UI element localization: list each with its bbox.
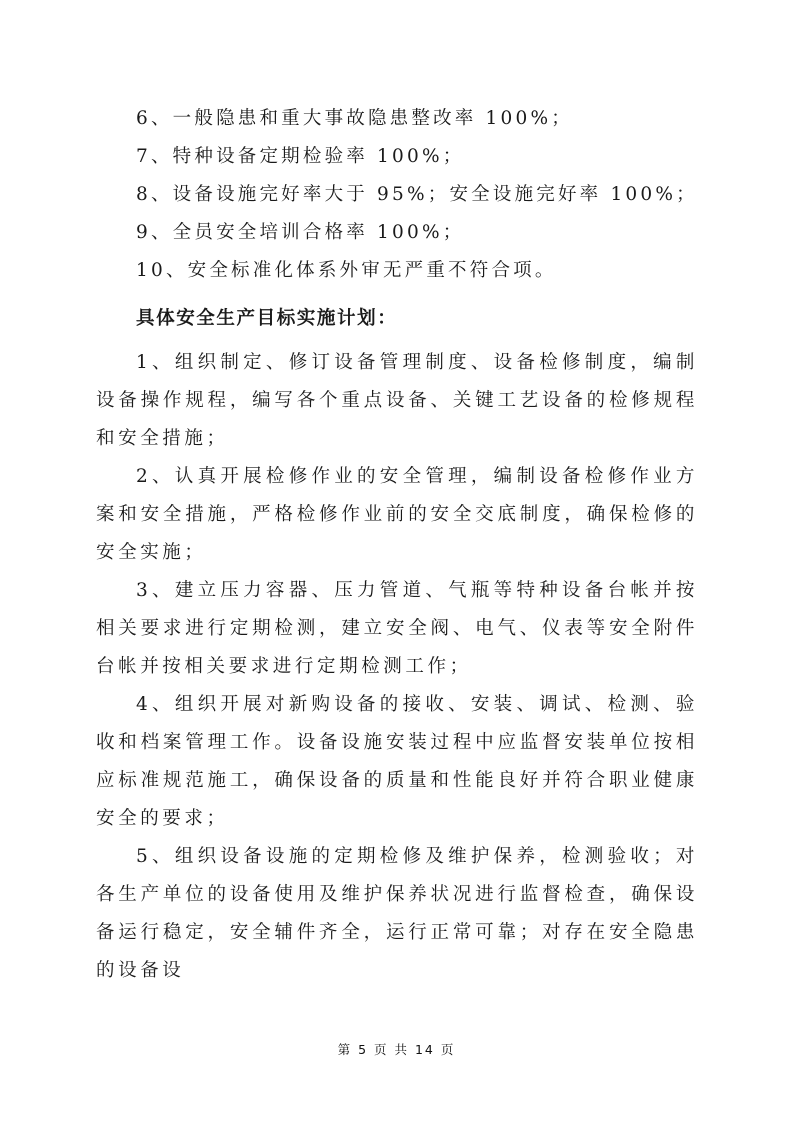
plan-item-1: 1、组织制定、修订设备管理制度、设备检修制度，编制设备操作规程，编写各个重点设备… (96, 344, 698, 458)
page-number-footer: 第 5 页 共 14 页 (0, 1040, 793, 1058)
document-page: 6、一般隐患和重大事故隐患整改率 100%； 7、特种设备定期检验率 100%；… (96, 100, 698, 990)
goal-item-9: 9、全员安全培训合格率 100%； (96, 214, 698, 252)
goal-item-6: 6、一般隐患和重大事故隐患整改率 100%； (96, 100, 698, 138)
plan-item-3: 3、建立压力容器、压力管道、气瓶等特种设备台帐并按相关要求进行定期检测，建立安全… (96, 572, 698, 686)
goal-item-7: 7、特种设备定期检验率 100%； (96, 138, 698, 176)
goal-item-10: 10、安全标准化体系外审无严重不符合项。 (96, 252, 698, 290)
plan-item-2: 2、认真开展检修作业的安全管理，编制设备检修作业方案和安全措施，严格检修作业前的… (96, 458, 698, 572)
plan-heading: 具体安全生产目标实施计划： (96, 300, 698, 338)
plan-item-5: 5、组织设备设施的定期检修及维护保养，检测验收；对各生产单位的设备使用及维护保养… (96, 838, 698, 990)
plan-item-4: 4、组织开展对新购设备的接收、安装、调试、检测、验收和档案管理工作。设备设施安装… (96, 686, 698, 838)
goal-item-8: 8、设备设施完好率大于 95%；安全设施完好率 100%； (96, 176, 698, 214)
